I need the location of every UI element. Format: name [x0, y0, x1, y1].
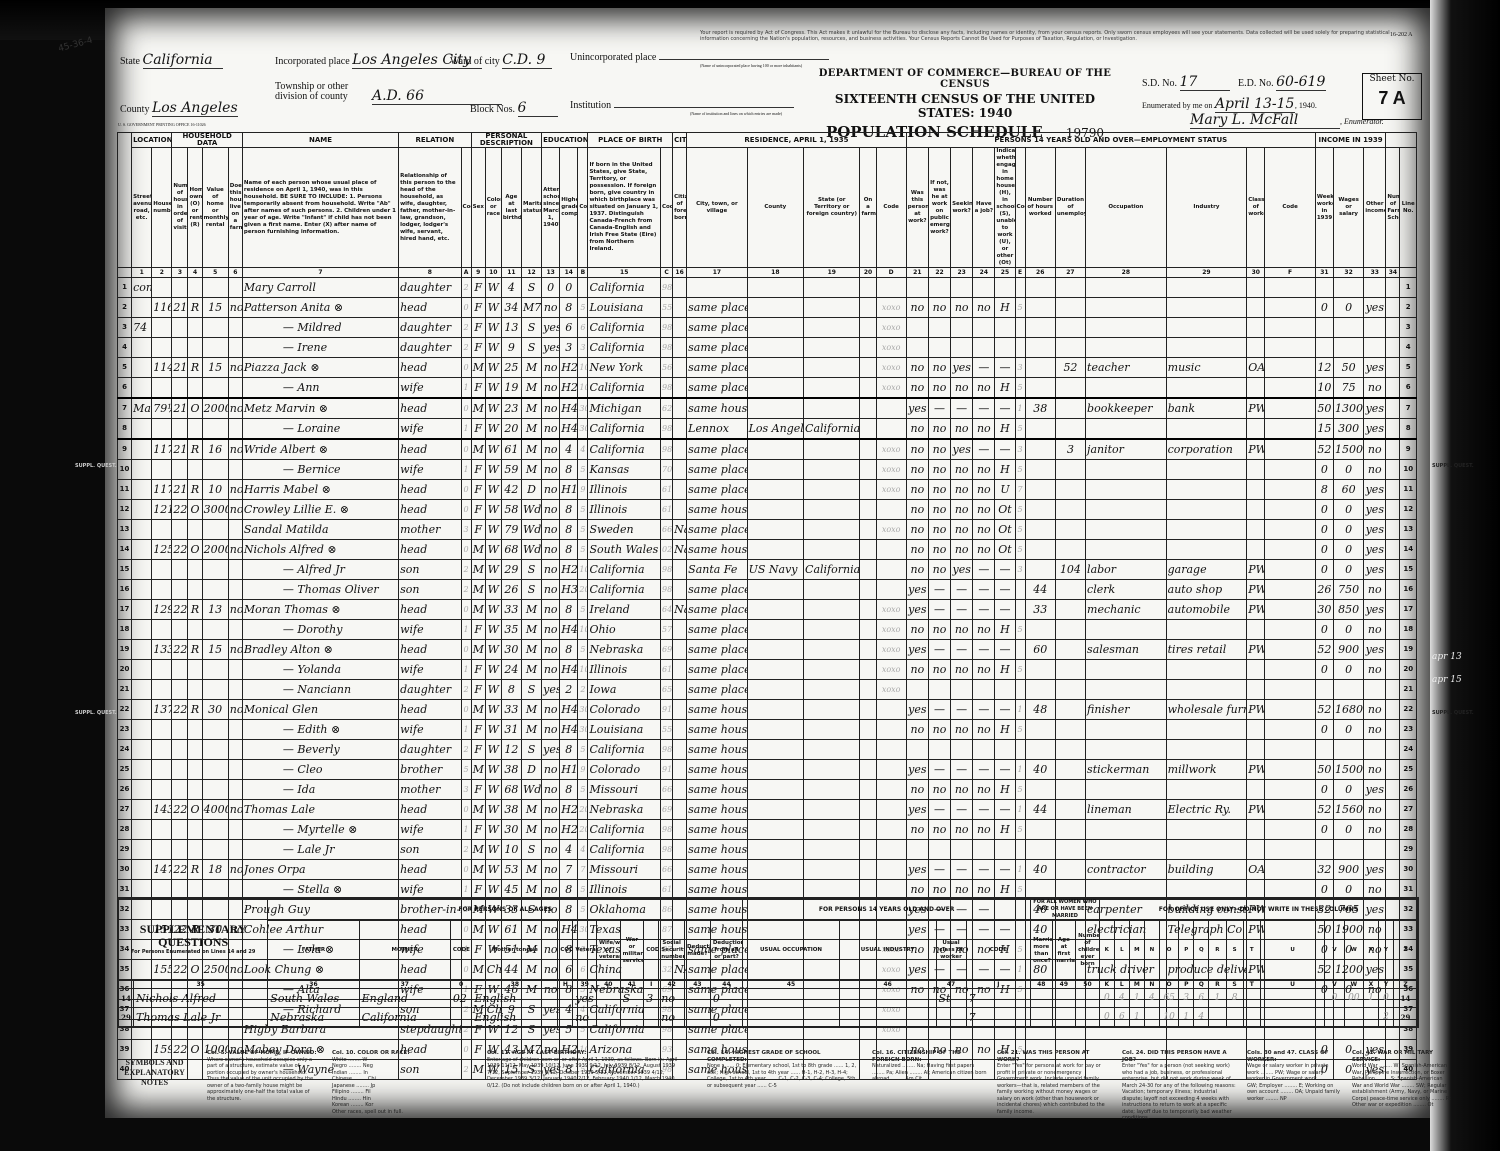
cell-rel: head — [399, 600, 461, 620]
cell-bc: 98 — [660, 318, 672, 338]
cell-code — [1265, 398, 1316, 419]
group-farm — [1386, 133, 1417, 148]
cell-w: yes — [906, 600, 928, 620]
ed-label: E.D. No. — [1238, 78, 1274, 89]
cell-cls — [1247, 480, 1265, 500]
sup-cell-L: 4 — [1114, 989, 1129, 1008]
cell-birth: Iowa — [588, 680, 661, 700]
group-relation: RELATION — [399, 133, 472, 148]
table-row: 22137224R30noMonical Glenhead0MW33MnoH43… — [118, 700, 1417, 720]
cell-wag: 0 — [1333, 460, 1363, 480]
apr-note-2: apr 15 — [1432, 675, 1462, 685]
cell-wag: 1500 — [1333, 760, 1363, 780]
cell-ec — [1015, 278, 1025, 298]
cell-sex: M — [471, 860, 485, 880]
institution-note: (Name of institution and lines on which … — [690, 111, 794, 116]
cell-age: 12 — [501, 740, 521, 760]
cell-occ: finisher — [1086, 700, 1167, 720]
col-housework: Indicate whether engaged in home housewo… — [995, 148, 1015, 268]
supplementary-column-number: V — [1325, 981, 1344, 989]
cell-wks: 52 — [1315, 800, 1333, 820]
cell-age: 4 — [501, 278, 521, 298]
cell-w: no — [906, 358, 928, 378]
column-number: 7 — [242, 268, 398, 278]
line-number: 20 — [118, 660, 132, 680]
supplementary-column-header: Usual class of worker — [936, 921, 966, 981]
cell-hh — [172, 338, 188, 358]
cell-fs — [1386, 560, 1400, 580]
column-number: 27 — [1055, 268, 1085, 278]
cell-fs — [1386, 820, 1400, 840]
cell-gc: 30 — [578, 720, 588, 740]
cell-sk: yes — [951, 439, 973, 460]
cell-sch: no — [542, 840, 560, 860]
table-row: 26— Idamother3FW68Wdno85Missouri66same h… — [118, 780, 1417, 800]
cell-sch: no — [542, 500, 560, 520]
cell-farm — [228, 820, 242, 840]
line-number-right: 30 — [1400, 860, 1417, 880]
cell-wag: 300 — [1333, 419, 1363, 440]
supplementary-column-number: S — [1226, 981, 1243, 989]
cell-sex: F — [471, 740, 485, 760]
column-number — [118, 268, 132, 278]
column-number: F — [1265, 268, 1316, 278]
cell-w — [906, 278, 928, 298]
line-number: 4 — [118, 338, 132, 358]
cell-own — [188, 760, 202, 780]
column-number: 9 — [471, 268, 485, 278]
cell-own — [188, 560, 202, 580]
cell-bc: 66 — [660, 780, 672, 800]
cell-age: 30 — [501, 820, 521, 840]
supplementary-column-number: 44 — [710, 981, 742, 989]
col-grade-code: Code — [578, 148, 588, 268]
cell-cls — [1247, 318, 1265, 338]
line-number-right: 21 — [1400, 680, 1417, 700]
cell-pe: no — [928, 358, 950, 378]
cell-ec: 5 — [1015, 820, 1025, 840]
sup-cell-code — [450, 1008, 471, 1027]
table-row: 27143225O4000noThomas Lalehead0MW38MnoH2… — [118, 800, 1417, 820]
cell-bc: 70 — [660, 460, 672, 480]
cell-co — [747, 358, 803, 378]
cell-dur — [1055, 660, 1085, 680]
state-value: California — [143, 52, 223, 69]
cell-value — [202, 780, 228, 800]
cell-mar: S — [521, 338, 541, 358]
cell-sch: yes — [542, 740, 560, 760]
cell-farm: no — [228, 358, 242, 378]
cell-hrs — [1025, 318, 1055, 338]
cell-house — [152, 460, 172, 480]
cell-rel: head — [399, 640, 461, 660]
cell-co — [747, 760, 803, 780]
cell-own: R — [188, 439, 202, 460]
sup-cell-V: 0 — [1325, 989, 1344, 1008]
cell-hrs — [1025, 358, 1055, 378]
cell-bc: 64 — [660, 600, 672, 620]
cell-mar: M7 — [521, 298, 541, 318]
cell-hh — [172, 620, 188, 640]
cell-st — [804, 580, 860, 600]
cell-code — [1265, 760, 1316, 780]
cell-mar: S — [521, 560, 541, 580]
cell-co — [747, 278, 803, 298]
cell-ec: 5 — [1015, 720, 1025, 740]
cell-job: — — [973, 600, 995, 620]
cell-co — [747, 640, 803, 660]
cell-sk: no — [951, 500, 973, 520]
cell-farm: no — [228, 500, 242, 520]
cell-own — [188, 820, 202, 840]
cell-occ — [1086, 740, 1167, 760]
cell-ec: 5 — [1015, 500, 1025, 520]
cell-job — [973, 318, 995, 338]
cell-pe: — — [928, 760, 950, 780]
cell-sk: — — [951, 600, 973, 620]
cell-age: 9 — [501, 338, 521, 358]
cell-cit — [673, 580, 687, 600]
sd-field: S.D. No. 17 E.D. No. 60-619 — [1142, 74, 1326, 91]
cell-gr: H4 — [560, 720, 578, 740]
cell-fs — [1386, 500, 1400, 520]
cell-hse: H — [995, 720, 1015, 740]
cell-st — [804, 500, 860, 520]
sup-cell-mother: England — [359, 989, 450, 1008]
cell-pe — [928, 680, 950, 700]
cell-race: W — [485, 600, 501, 620]
cell-occ: salesman — [1086, 640, 1167, 660]
cell-bc: 98 — [660, 740, 672, 760]
supplementary-column-header: Number of children ever born — [1076, 921, 1100, 981]
suppl-quest-note-29: SUPPL. QUEST. — [1432, 710, 1474, 716]
cell-age: 38 — [501, 800, 521, 820]
cell-res: same place — [687, 358, 747, 378]
cell-gc — [578, 278, 588, 298]
column-number: 34 — [1386, 268, 1400, 278]
cell-rc: 2 — [461, 560, 471, 580]
cell-gr: 8 — [560, 298, 578, 318]
cell-hrs — [1025, 439, 1055, 460]
cell-farm — [228, 660, 242, 680]
cell-co — [747, 700, 803, 720]
cell-cit — [673, 378, 687, 399]
cell-wks: 0 — [1315, 520, 1333, 540]
cell-dur: 104 — [1055, 560, 1085, 580]
cell-wks: 0 — [1315, 660, 1333, 680]
cell-cit — [673, 560, 687, 580]
cell-birth: Illinois — [588, 480, 661, 500]
cell-name: — Yolanda — [242, 660, 398, 680]
cell-hrs — [1025, 500, 1055, 520]
col-street: Street, avenue, road, etc. — [132, 148, 152, 268]
cell-rd — [876, 720, 906, 740]
cell-st — [804, 860, 860, 880]
cell-sex: F — [471, 500, 485, 520]
cell-cls — [1247, 500, 1265, 520]
cell-street — [132, 820, 152, 840]
cell-farm — [228, 840, 242, 860]
cell-cls: PW — [1247, 398, 1265, 419]
cell-house — [152, 560, 172, 580]
cell-age: 26 — [501, 580, 521, 600]
cell-job: no — [973, 480, 995, 500]
note-class-worker: Cols. 30 and 47. CLASS OF WORKER:Wage or… — [1247, 1050, 1342, 1102]
cell-bc: 91 — [660, 760, 672, 780]
cell-code — [1265, 520, 1316, 540]
sup-cell-vw — [596, 989, 620, 1008]
cell-rel: head — [399, 540, 461, 560]
table-row: 20— Yolandawife1FW24MnoH410Illinois61sam… — [118, 660, 1417, 680]
cell-hse: — — [995, 560, 1015, 580]
cell-birth: Colorado — [588, 700, 661, 720]
cell-sk: — — [951, 760, 973, 780]
cell-gr: 8 — [560, 460, 578, 480]
cell-age: 20 — [501, 419, 521, 440]
cell-sex: M — [471, 760, 485, 780]
cell-w: no — [906, 480, 928, 500]
table-row: 25— Cleobrother5MW38DnoH19Colorado91same… — [118, 760, 1417, 780]
cell-rd: xoxo — [876, 358, 906, 378]
cell-race: W — [485, 298, 501, 318]
cell-rf — [860, 398, 876, 419]
cell-farm — [228, 720, 242, 740]
cell-occ — [1086, 378, 1167, 399]
table-row: 18— Dorothywife1FW35MnoH410Ohio57same pl… — [118, 620, 1417, 640]
cell-rel: mother — [399, 520, 461, 540]
cell-res: same place — [687, 338, 747, 358]
cell-gc: 6 — [578, 318, 588, 338]
cell-fs — [1386, 480, 1400, 500]
cell-co — [747, 800, 803, 820]
col-hours: Number of hours worked — [1025, 148, 1055, 268]
suppl-quest-left-29: SUPPL. QUEST. — [75, 710, 117, 716]
cell-own — [188, 378, 202, 399]
cell-own: O — [188, 800, 202, 820]
cell-street — [132, 720, 152, 740]
cell-farm — [228, 740, 242, 760]
block-value: 6 — [518, 100, 558, 117]
sup-cell-N — [1144, 1008, 1159, 1027]
cell-bc: 98 — [660, 820, 672, 840]
cell-fs — [1386, 860, 1400, 880]
cell-oth — [1364, 318, 1386, 338]
cell-res — [687, 278, 747, 298]
sup-cell-K: 0 — [1099, 1008, 1114, 1027]
cell-job: — — [973, 800, 995, 820]
cell-own — [188, 318, 202, 338]
table-row: 23— Edith ⊗wife1FW31MnoH430Louisiana55sa… — [118, 720, 1417, 740]
cell-sch: no — [542, 640, 560, 660]
supplementary-column-number: 0 — [450, 981, 471, 989]
cell-dur — [1055, 840, 1085, 860]
cell-name: Harris Mabel ⊗ — [242, 480, 398, 500]
cell-occ: teacher — [1086, 358, 1167, 378]
cell-rc: 1 — [461, 378, 471, 399]
cell-gc: 5 — [578, 540, 588, 560]
cell-hrs — [1025, 378, 1055, 399]
cell-fs — [1386, 800, 1400, 820]
line-number-right: 3 — [1400, 318, 1417, 338]
cell-pe: no — [928, 298, 950, 318]
cell-wks: 50 — [1315, 398, 1333, 419]
cell-hh — [172, 580, 188, 600]
cell-sex: M — [471, 439, 485, 460]
supplementary-column-header: O — [1159, 921, 1178, 981]
cell-wag: 0 — [1333, 720, 1363, 740]
cell-sch: 0 — [542, 278, 560, 298]
cell-rd — [876, 800, 906, 820]
cell-value — [202, 560, 228, 580]
ward-label: Ward of city — [450, 56, 500, 67]
note-color-race: Col. 10. COLOR OR RACE:White ........ WN… — [332, 1050, 472, 1115]
cell-sch: no — [542, 800, 560, 820]
cell-res: Santa Fe — [687, 560, 747, 580]
cell-hse: — — [995, 860, 1015, 880]
cell-rc: 2 — [461, 680, 471, 700]
cell-gr: H2 — [560, 378, 578, 399]
cell-gc: 10 — [578, 378, 588, 399]
cell-gr: 8 — [560, 780, 578, 800]
cell-value: 3000 — [202, 500, 228, 520]
cell-co — [747, 398, 803, 419]
sheet-value: 7 A — [1363, 88, 1421, 109]
cell-pe: no — [928, 520, 950, 540]
cell-wks: 0 — [1315, 298, 1333, 318]
supplementary-column-header: L — [1114, 921, 1129, 981]
cell-race: W — [485, 620, 501, 640]
cell-rd: xoxo — [876, 480, 906, 500]
cell-mar: M — [521, 620, 541, 640]
cell-value — [202, 760, 228, 780]
cell-rf — [860, 520, 876, 540]
cell-gc: 3 — [578, 338, 588, 358]
line-number-right: 23 — [1400, 720, 1417, 740]
cell-street — [132, 740, 152, 760]
supplementary-number-row: 353637038H394041I424344454647J484950KLMN… — [119, 981, 1418, 989]
supplementary-column-number: 46 — [839, 981, 936, 989]
col-res-city: City, town, or village — [687, 148, 747, 268]
cell-ec: 5 — [1015, 298, 1025, 318]
cell-value: 2000 — [202, 540, 228, 560]
cell-gr: H2 — [560, 820, 578, 840]
cell-job: — — [973, 439, 995, 460]
cell-house — [152, 318, 172, 338]
line-number-right: 5 — [1400, 358, 1417, 378]
cell-co — [747, 680, 803, 700]
cell-pe: no — [928, 560, 950, 580]
sup-cell-part: 0 — [710, 989, 742, 1008]
cell-gr: H1 — [560, 480, 578, 500]
cell-wks — [1315, 740, 1333, 760]
symbols-heading: SYMBOLS AND EXPLANATORY NOTES — [117, 1058, 192, 1088]
cell-ec: 5 — [1015, 620, 1025, 640]
sup-cell-T — [1243, 1008, 1260, 1027]
cell-occ — [1086, 419, 1167, 440]
cell-cls — [1247, 840, 1265, 860]
cell-wag: 50 — [1333, 358, 1363, 378]
cell-fs — [1386, 740, 1400, 760]
line-number-right: 4 — [1400, 338, 1417, 358]
cell-st — [804, 820, 860, 840]
cell-oth: yes — [1364, 600, 1386, 620]
cell-hh — [172, 560, 188, 580]
supplementary-column-number: M — [1129, 981, 1144, 989]
cell-job: no — [973, 520, 995, 540]
cell-value — [202, 740, 228, 760]
cell-farm: no — [228, 298, 242, 318]
cell-res: same house — [687, 740, 747, 760]
cell-sk: no — [951, 780, 973, 800]
cell-sk — [951, 278, 973, 298]
supplementary-column-number: 38 — [472, 981, 558, 989]
supplementary-column-number: 43 — [685, 981, 711, 989]
cell-mar: M — [521, 660, 541, 680]
cell-occ — [1086, 660, 1167, 680]
cell-gr: 8 — [560, 600, 578, 620]
group-14-over: FOR PERSONS 14 YEARS OLD AND OVER — [743, 899, 1031, 921]
cell-race: W — [485, 860, 501, 880]
sup-cell-Y: 2 — [1379, 1008, 1394, 1027]
cell-job: — — [973, 580, 995, 600]
cell-farm — [228, 560, 242, 580]
cell-fs — [1386, 700, 1400, 720]
cell-pe: no — [928, 460, 950, 480]
cell-ind: music — [1166, 358, 1247, 378]
cell-wks — [1315, 318, 1333, 338]
cell-st — [804, 720, 860, 740]
cell-farm: no — [228, 640, 242, 660]
cell-dur — [1055, 800, 1085, 820]
cell-rel: son — [399, 560, 461, 580]
cell-st — [804, 660, 860, 680]
group-household: HOUSEHOLD DATA — [172, 133, 243, 148]
cell-age: 42 — [501, 480, 521, 500]
cell-rf — [860, 660, 876, 680]
cell-cls — [1247, 620, 1265, 640]
line-number-right: 11 — [1400, 480, 1417, 500]
cell-birth: California — [588, 338, 661, 358]
cell-hrs — [1025, 278, 1055, 298]
line-number-right: 27 — [1400, 800, 1417, 820]
line-number-right: 7 — [1400, 398, 1417, 419]
cell-hrs: 38 — [1025, 398, 1055, 419]
cell-hse: — — [995, 600, 1015, 620]
cell-oth: no — [1364, 720, 1386, 740]
cell-own: R — [188, 700, 202, 720]
cell-street — [132, 840, 152, 860]
cell-age: 53 — [501, 860, 521, 880]
cell-gr: H2 — [560, 358, 578, 378]
cell-code — [1265, 540, 1316, 560]
cell-name: Crowley Lillie E. ⊗ — [242, 500, 398, 520]
cell-street — [132, 860, 152, 880]
cell-house — [152, 278, 172, 298]
cell-occ — [1086, 520, 1167, 540]
cell-ec — [1015, 318, 1025, 338]
suppl-quest-left-14: SUPPL. QUEST. — [75, 463, 117, 469]
cell-own — [188, 278, 202, 298]
cell-house — [152, 780, 172, 800]
cell-ec: 5 — [1015, 540, 1025, 560]
supplementary-column-header: FATHER — [268, 921, 359, 981]
table-row: 374 St— Mildreddaughter2FW13Syes66Califo… — [118, 318, 1417, 338]
cell-hh — [172, 720, 188, 740]
cell-rc: 0 — [461, 439, 471, 460]
cell-hse — [995, 740, 1015, 760]
column-number: 15 — [588, 268, 661, 278]
sheet-number-box: Sheet No. 7 A — [1362, 73, 1422, 120]
